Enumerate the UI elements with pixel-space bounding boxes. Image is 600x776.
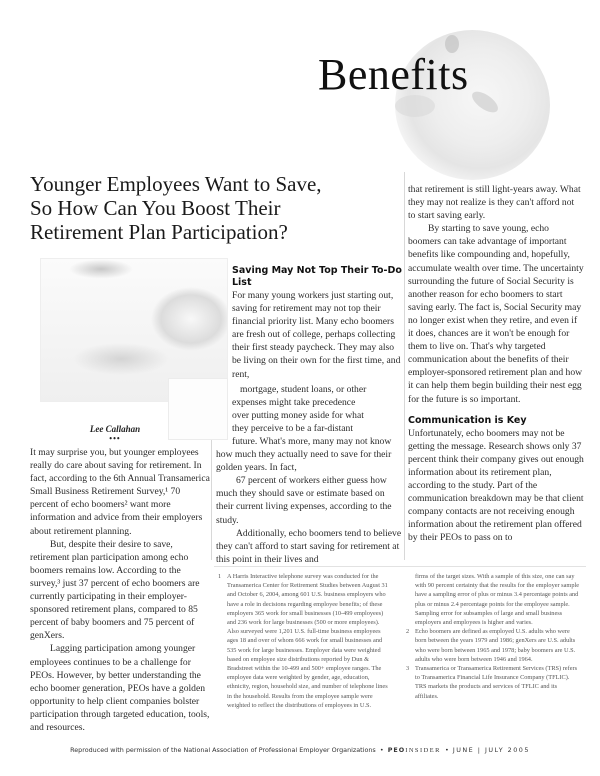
footnote-text: A Harris Interactive telephone survey wa…: [227, 573, 388, 709]
column-divider: [404, 172, 405, 560]
footer-brand-peo: PEO: [388, 746, 405, 754]
subheading: Saving May Not Top Their To-Do List: [232, 265, 402, 289]
footnote-text: firms of the target sizes. With a sample…: [415, 573, 579, 626]
text-line: expenses might take precedence: [232, 396, 402, 409]
footnote-text: Transamerica or Transamerica Retirement …: [415, 665, 577, 700]
page-footer: Reproduced with permission of the Nation…: [0, 746, 600, 754]
footer-bullet: •: [380, 746, 384, 754]
subheading: Communication is Key: [408, 415, 584, 427]
paragraph: But, despite their desire to save, retir…: [30, 538, 210, 643]
footnotes-right: firms of the target sizes. With a sample…: [406, 572, 582, 701]
column-left: It may surprise you, but younger employe…: [30, 446, 210, 734]
paragraph: Unfortunately, echo boomers may not be g…: [408, 427, 584, 545]
text-line: they perceive to be a far-distant: [232, 422, 402, 435]
paragraph: By starting to save young, echo boomers …: [408, 222, 584, 405]
footnote-text: Echo boomers are defined as employed U.S…: [415, 628, 575, 663]
text-line: mortgage, student loans, or other: [240, 383, 402, 396]
footnote-number: 3: [406, 664, 409, 673]
footnote-number: 2: [406, 627, 409, 636]
byline: Lee Callahan: [40, 424, 190, 434]
column-right: that retirement is still light-years awa…: [408, 183, 584, 544]
footer-bullet: •: [445, 746, 449, 754]
footnote-1-continued: firms of the target sizes. With a sample…: [406, 572, 582, 627]
paragraph: Additionally, echo boomers tend to belie…: [216, 527, 402, 566]
byline-separator: •••: [40, 434, 190, 443]
footnote-number: 1: [218, 572, 221, 581]
section-title: Benefits: [318, 50, 469, 100]
footnote-divider: [214, 566, 586, 567]
paragraph: Lagging participation among younger empl…: [30, 642, 210, 734]
footer-issue-date: JUNE | JULY 2005: [453, 746, 530, 754]
column-middle-bottom: future. What's more, many may not know h…: [216, 435, 402, 566]
paragraph: 67 percent of workers either guess how m…: [216, 474, 402, 526]
column-middle-top: Saving May Not Top Their To-Do List For …: [232, 265, 402, 381]
footnote-3: 3Transamerica or Transamerica Retirement…: [406, 664, 582, 701]
paragraph: It may surprise you, but younger employe…: [30, 446, 210, 538]
footer-credit: Reproduced with permission of the Nation…: [70, 746, 376, 754]
footer-brand-insider: INSIDER: [405, 747, 441, 754]
paragraph: For many young workers just starting out…: [232, 289, 402, 381]
article-headline: Younger Employees Want to Save, So How C…: [30, 172, 330, 244]
text-line: over putting money aside for what: [232, 409, 402, 422]
paragraph: future. What's more, many may not know h…: [216, 435, 402, 474]
footnote-1: 1A Harris Interactive telephone survey w…: [218, 572, 390, 710]
footnote-2: 2Echo boomers are defined as employed U.…: [406, 627, 582, 664]
paragraph: that retirement is still light-years awa…: [408, 183, 584, 222]
footnotes-left: 1A Harris Interactive telephone survey w…: [218, 572, 390, 710]
column-divider: [211, 440, 212, 560]
